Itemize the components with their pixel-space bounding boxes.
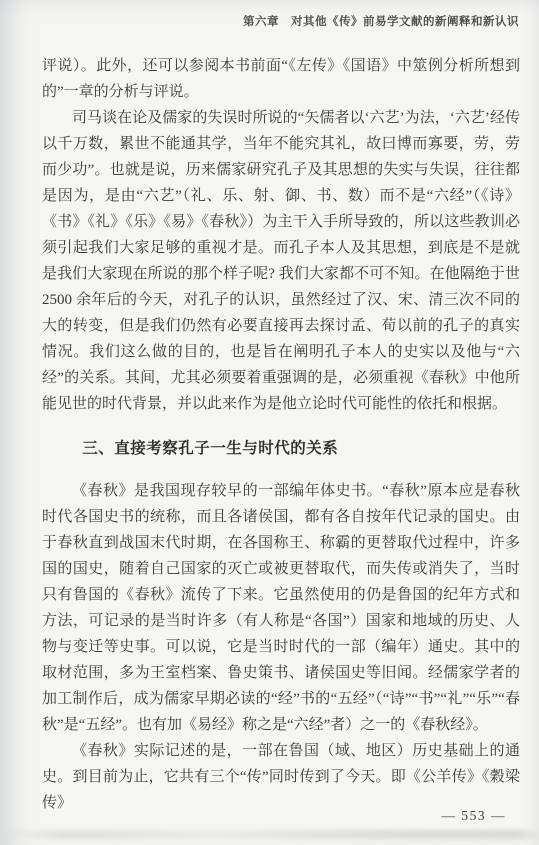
scan-edge-shading	[0, 830, 539, 839]
paragraph-chunqiu-zhuan: 《春秋》实际记述的是，一部在鲁国（域、地区）历史基础上的通史。到目前为止，它共有…	[42, 738, 520, 816]
page-number: — 553 —	[442, 808, 507, 824]
page-body: 评说）。此外，还可以参阅本书前面“《左传》《国语》中筮例分析所想到的”一章的分析…	[42, 53, 520, 816]
section-heading: 三、直接考察孔子一生与时代的关系	[82, 436, 520, 462]
book-page: 第六章 对其他《传》前易学文献的新阐释和新认识 评说）。此外，还可以参阅本书前面…	[0, 0, 539, 845]
paragraph-chunqiu-history: 《春秋》是我国现存较早的一部编年体史书。“春秋”原本应是春秋时代各国史书的统称，…	[42, 478, 520, 738]
running-header: 第六章 对其他《传》前易学文献的新阐释和新认识	[0, 0, 539, 29]
paragraph-sima-tan: 司马谈在论及儒家的失误时所说的“矢儒者以‘六艺’为法，‘六艺’经传以千万数，累世…	[42, 105, 520, 417]
paragraph-continuation: 评说）。此外，还可以参阅本书前面“《左传》《国语》中筮例分析所想到的”一章的分析…	[42, 53, 520, 105]
